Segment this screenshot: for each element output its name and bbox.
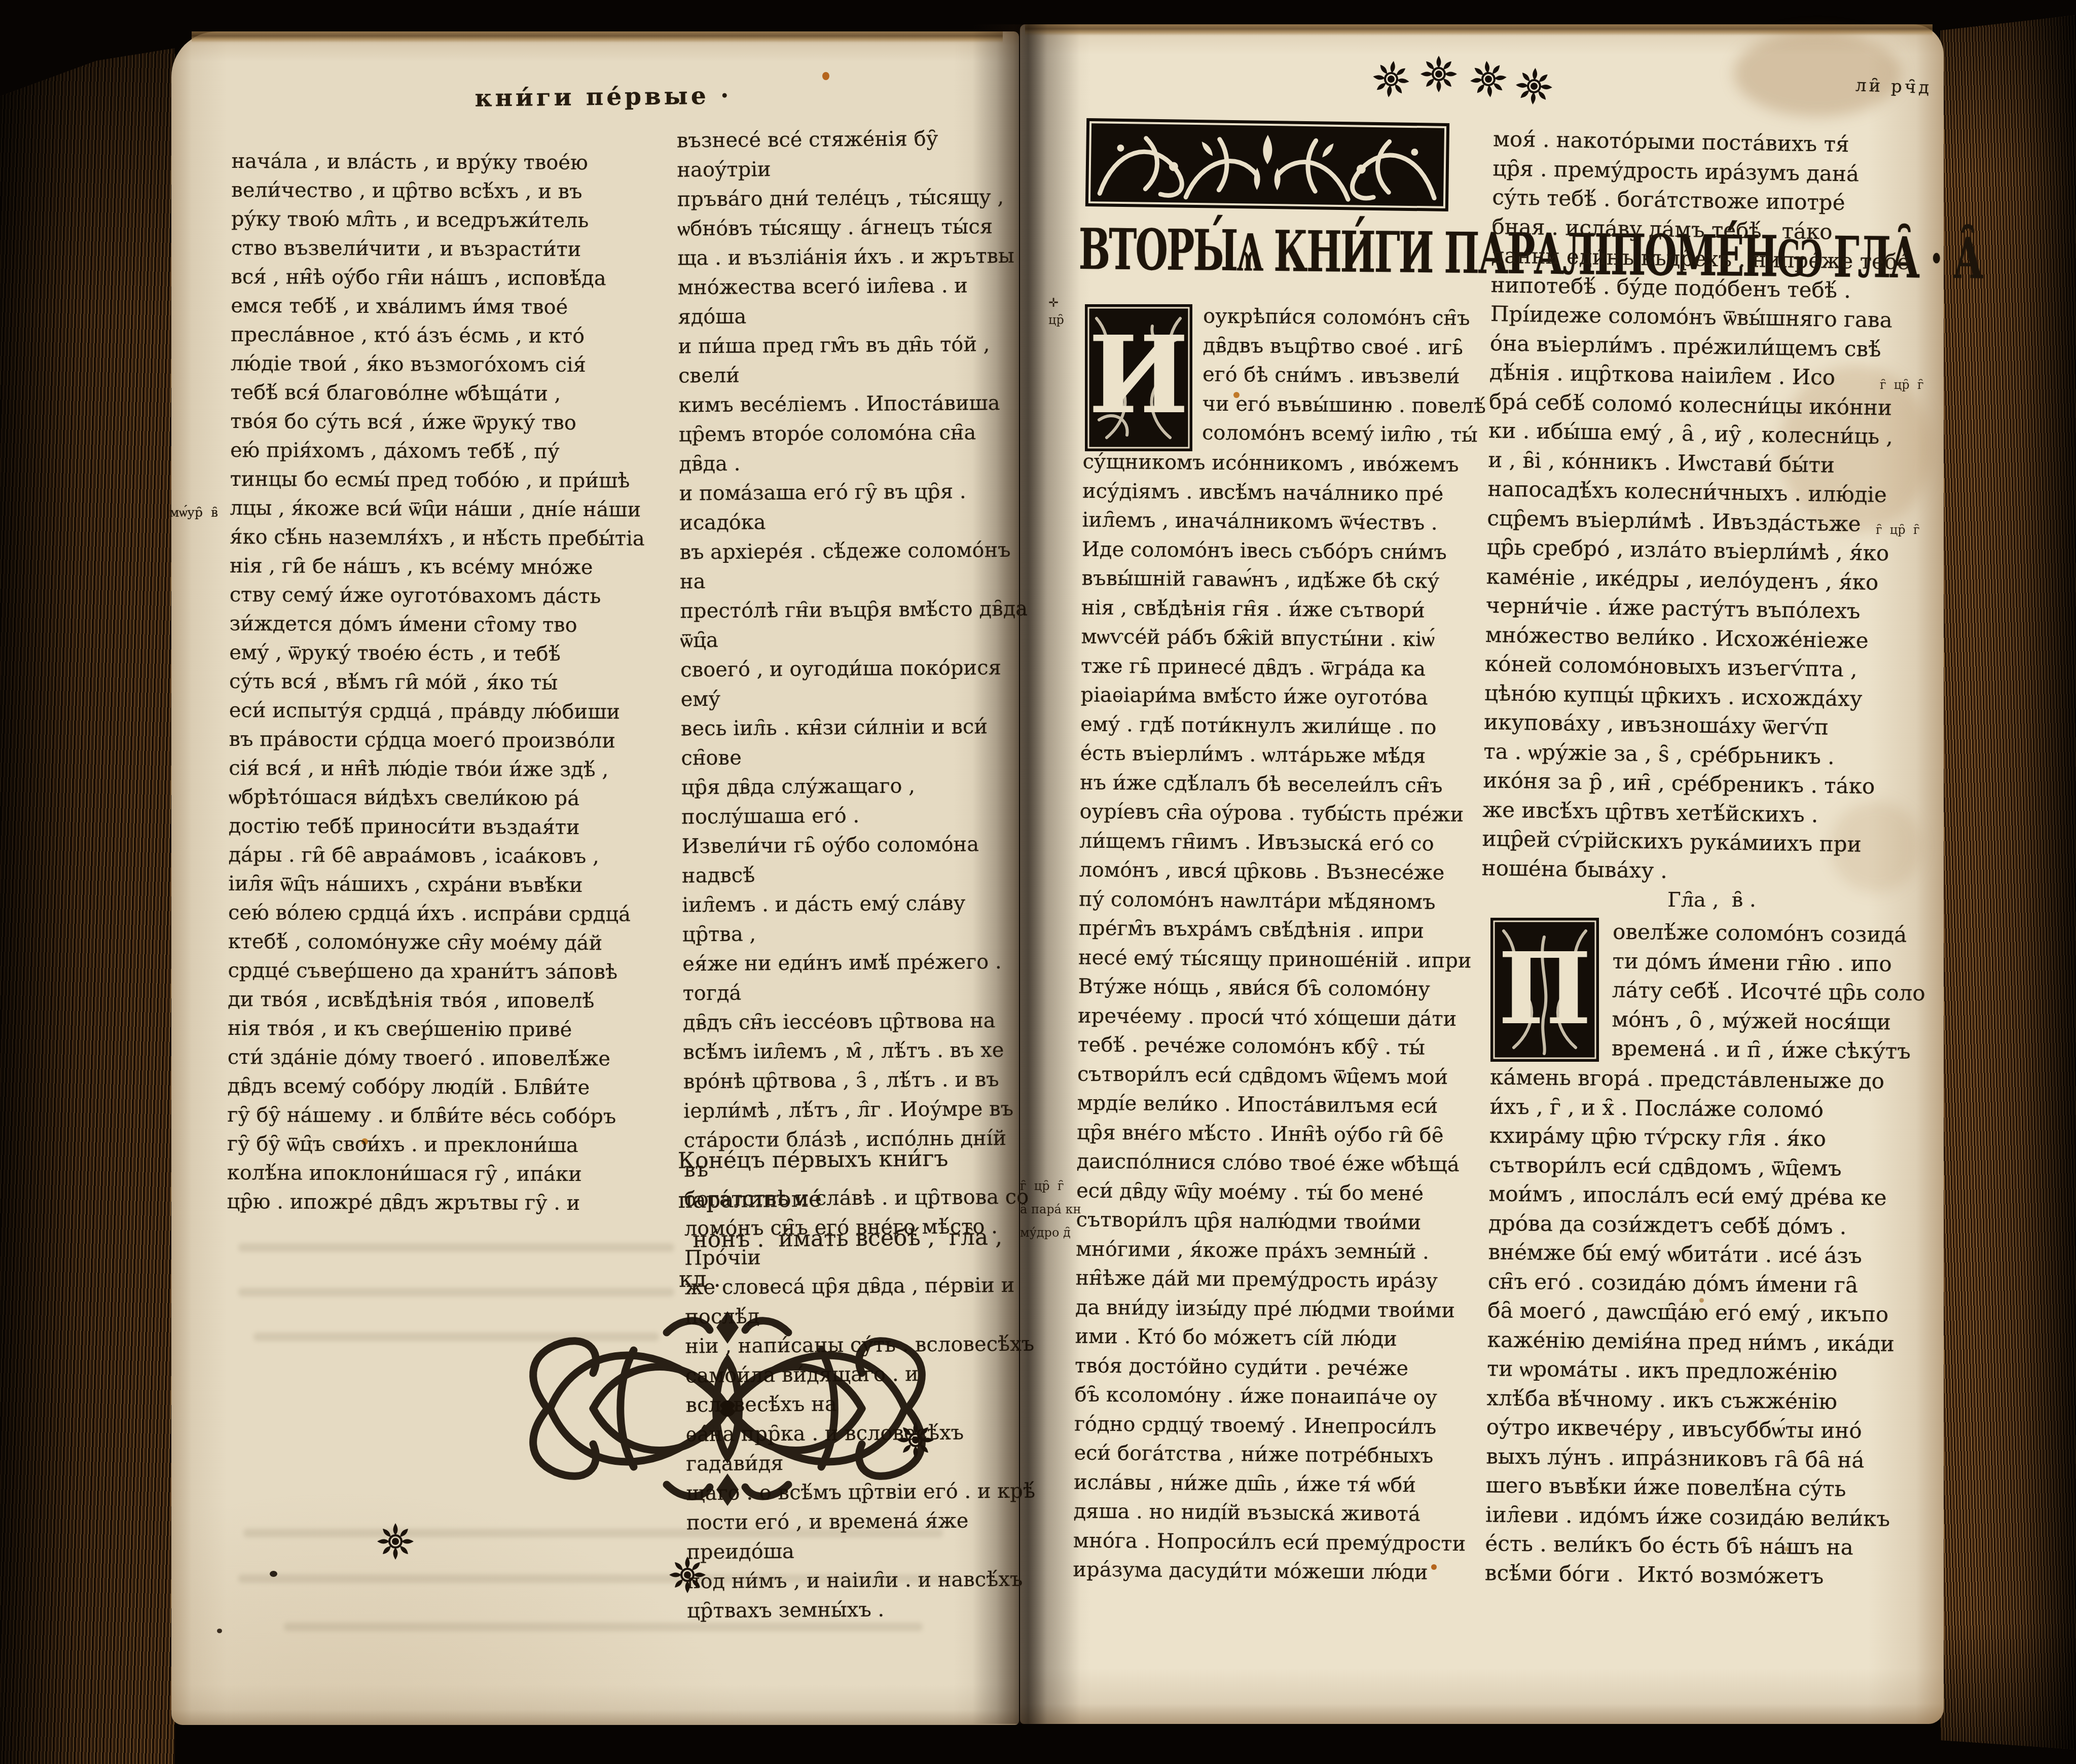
header-fleuron-icon	[1467, 58, 1510, 100]
paper-stain	[1734, 30, 1901, 117]
chapter-title-vyaz-lettering: ВТОРЫ́Ѧ КНИ́ГИ ПАРАЛІПОМЕ́НѠ ГЛА̑ · А̑	[1078, 217, 1474, 287]
ink-speck	[270, 1571, 277, 1577]
svg-text:И: И	[1088, 312, 1189, 438]
left-column-1-text: нача́ла , и вла́сть , и вру́ку твое́ю ве…	[227, 147, 690, 1218]
svg-text:П: П	[1498, 930, 1591, 1047]
right-column-2-chapter2-text: ка́мень вгора́ . предста́вленыже до и́хъ…	[1485, 1062, 1939, 1592]
ink-speck	[217, 1629, 222, 1633]
fleuron-ornament-icon	[376, 1522, 415, 1561]
left-page-block-edge	[0, 0, 175, 1764]
show-through-line	[238, 1288, 674, 1297]
header-fleuron-icon	[1369, 57, 1413, 101]
headpiece-woodcut	[1084, 117, 1450, 212]
tailpiece-knotwork-woodcut	[499, 1302, 956, 1515]
rust-speck	[822, 72, 829, 80]
margin-cross-reference-note: г̑ цр̑ г̑	[1880, 373, 1923, 397]
left-edge-shadow	[0, 0, 175, 1764]
left-page-top-edge	[192, 31, 1003, 43]
decorated-initial-I-woodcut: И	[1084, 303, 1193, 452]
right-column-2-chapter2-opening-text: овелѣ́же соломо́нъ созида́ ти до́мъ и́ме…	[1612, 917, 1940, 1066]
fleuron-ornament-icon	[896, 1421, 935, 1459]
fleuron-ornament-icon	[668, 1556, 707, 1594]
header-fleuron-icon	[1419, 55, 1458, 93]
decorated-initial-P-woodcut: П	[1489, 917, 1600, 1063]
margin-cross-reference-note: г̑ цр̑ г̑	[1876, 518, 1919, 542]
header-fleuron-icon	[1513, 65, 1554, 106]
foliation-folio-number: ли̑ рч̑д	[1855, 75, 1967, 99]
gutter-shadow	[972, 24, 1080, 1724]
running-title-left: кни́ги пе́рвые ·	[471, 82, 736, 112]
right-column-1-opening-text: оукрѣпи́ся соломо́нъ сн̑ъ дв̑двъ въцр̑тв…	[1202, 302, 1495, 450]
right-column-1-text: су́щникомъ исо́нникомъ , иво́жемъ ису́ді…	[1073, 448, 1494, 1588]
photo-of-open-book: кни́ги пе́рвые · мѡ́ур̑ в̑ нача́ла , и в…	[0, 0, 2076, 1764]
show-through-line	[238, 1243, 674, 1252]
right-column-2-text: моя́ . накото́рыми поста́вихъ тя́ цр̑я .…	[1481, 124, 1942, 889]
chapter-2-heading: Гл̑а , в̑ .	[1487, 888, 1936, 912]
